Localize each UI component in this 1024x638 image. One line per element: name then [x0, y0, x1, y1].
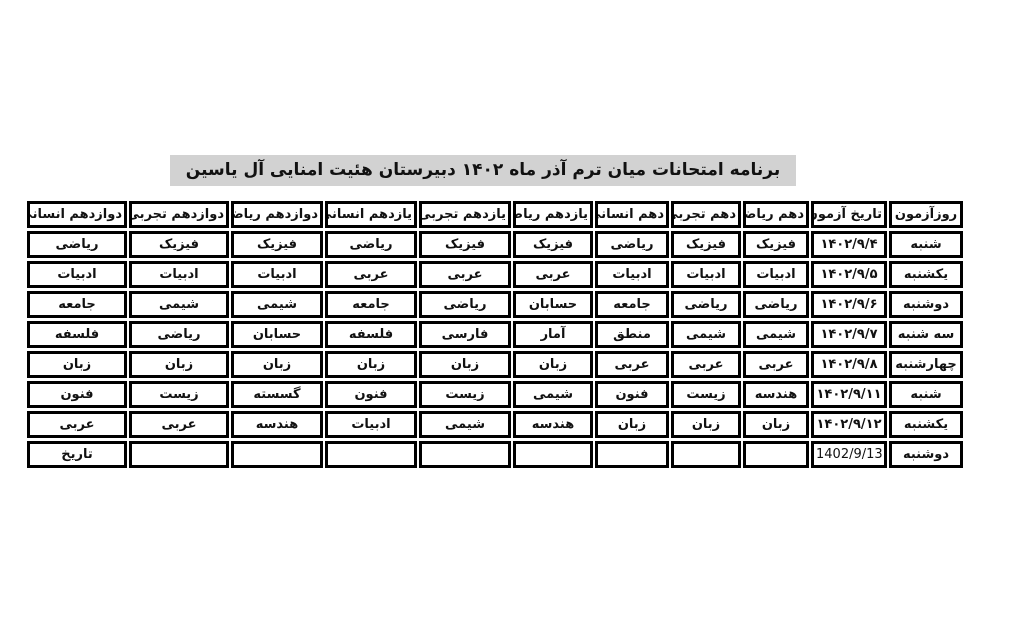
- day-cell: یکشنبه: [889, 411, 963, 438]
- table-row: دوشنبه1402/9/13تاریخ: [27, 441, 963, 468]
- day-cell: سه شنبه: [889, 321, 963, 348]
- subject-cell: فیزیک: [671, 231, 741, 258]
- table-row: دوشنبه۱۴۰۲/۹/۶ریاضیریاضیجامعهحسابانریاضی…: [27, 291, 963, 318]
- subject-cell: ریاضی: [27, 231, 127, 258]
- date-cell: ۱۴۰۲/۹/۱۱: [811, 381, 887, 408]
- subject-cell: شیمی: [231, 291, 323, 318]
- subject-cell: [231, 441, 323, 468]
- subject-cell: عربی: [743, 351, 809, 378]
- column-header-grade12-science: دوازدهم تجربی: [129, 201, 229, 228]
- schedule-document: برنامه امتحانات میان ترم آذر ماه ۱۴۰۲ دب…: [25, 155, 941, 471]
- table-body: شنبه۱۴۰۲/۹/۴فیزیکفیزیکریاضیفیزیکفیزیکریا…: [27, 231, 963, 468]
- subject-cell: عربی: [671, 351, 741, 378]
- subject-cell: زبان: [231, 351, 323, 378]
- subject-cell: زبان: [27, 351, 127, 378]
- day-cell: دوشنبه: [889, 441, 963, 468]
- subject-cell: فیزیک: [743, 231, 809, 258]
- subject-cell: شیمی: [743, 321, 809, 348]
- date-cell: ۱۴۰۲/۹/۸: [811, 351, 887, 378]
- subject-cell: ادبیات: [129, 261, 229, 288]
- column-header-grade10-math: دهم ریاضی: [743, 201, 809, 228]
- subject-cell: ادبیات: [325, 411, 417, 438]
- subject-cell: فیزیک: [129, 231, 229, 258]
- subject-cell: زبان: [419, 351, 511, 378]
- subject-cell: گسسته: [231, 381, 323, 408]
- subject-cell: زبان: [325, 351, 417, 378]
- subject-cell: هندسه: [513, 411, 593, 438]
- column-header-grade10-humanities: دهم انسانی: [595, 201, 669, 228]
- subject-cell: حسابان: [231, 321, 323, 348]
- subject-cell: [129, 441, 229, 468]
- header-row: روزآزمونتاریخ آزموندهم ریاضیدهم تجربیدهم…: [27, 201, 963, 228]
- subject-cell: هندسه: [231, 411, 323, 438]
- subject-cell: فلسفه: [27, 321, 127, 348]
- table-row: شنبه۱۴۰۲/۹/۴فیزیکفیزیکریاضیفیزیکفیزیکریا…: [27, 231, 963, 258]
- subject-cell: ریاضی: [595, 231, 669, 258]
- subject-cell: زیست: [419, 381, 511, 408]
- subject-cell: منطق: [595, 321, 669, 348]
- subject-cell: جامعه: [325, 291, 417, 318]
- subject-cell: جامعه: [27, 291, 127, 318]
- date-cell: 1402/9/13: [811, 441, 887, 468]
- subject-cell: فیزیک: [419, 231, 511, 258]
- subject-cell: ادبیات: [27, 261, 127, 288]
- subject-cell: زبان: [671, 411, 741, 438]
- subject-cell: ریاضی: [671, 291, 741, 318]
- column-header-exam-day: روزآزمون: [889, 201, 963, 228]
- subject-cell: عربی: [595, 351, 669, 378]
- subject-cell: [595, 441, 669, 468]
- subject-cell: [419, 441, 511, 468]
- day-cell: شنبه: [889, 231, 963, 258]
- schedule-title: برنامه امتحانات میان ترم آذر ماه ۱۴۰۲ دب…: [170, 155, 796, 186]
- subject-cell: ادبیات: [231, 261, 323, 288]
- table-row: شنبه۱۴۰۲/۹/۱۱هندسهزیستفنونشیمیزیستفنونگس…: [27, 381, 963, 408]
- subject-cell: [325, 441, 417, 468]
- column-header-grade11-math: یازدهم ریاضی: [513, 201, 593, 228]
- subject-cell: عربی: [129, 411, 229, 438]
- column-header-exam-date: تاریخ آزمون: [811, 201, 887, 228]
- subject-cell: عربی: [419, 261, 511, 288]
- subject-cell: [513, 441, 593, 468]
- subject-cell: شیمی: [129, 291, 229, 318]
- subject-cell: زبان: [743, 411, 809, 438]
- date-cell: ۱۴۰۲/۹/۶: [811, 291, 887, 318]
- subject-cell: ریاضی: [129, 321, 229, 348]
- column-header-grade10-science: دهم تجربی: [671, 201, 741, 228]
- column-header-grade11-science: یازدهم تجربی: [419, 201, 511, 228]
- exam-schedule-table: روزآزمونتاریخ آزموندهم ریاضیدهم تجربیدهم…: [25, 198, 965, 471]
- day-cell: چهارشنبه: [889, 351, 963, 378]
- subject-cell: جامعه: [595, 291, 669, 318]
- date-cell: ۱۴۰۲/۹/۱۲: [811, 411, 887, 438]
- day-cell: دوشنبه: [889, 291, 963, 318]
- page: برنامه امتحانات میان ترم آذر ماه ۱۴۰۲ دب…: [0, 0, 1024, 638]
- subject-cell: عربی: [27, 411, 127, 438]
- subject-cell: زبان: [129, 351, 229, 378]
- subject-cell: ادبیات: [595, 261, 669, 288]
- day-cell: شنبه: [889, 381, 963, 408]
- date-cell: ۱۴۰۲/۹/۴: [811, 231, 887, 258]
- subject-cell: زبان: [513, 351, 593, 378]
- table-header: روزآزمونتاریخ آزموندهم ریاضیدهم تجربیدهم…: [27, 201, 963, 228]
- subject-cell: شیمی: [513, 381, 593, 408]
- subject-cell: ریاضی: [325, 231, 417, 258]
- subject-cell: ریاضی: [743, 291, 809, 318]
- subject-cell: فنون: [325, 381, 417, 408]
- column-header-grade12-math: دوازدهم ریاضی: [231, 201, 323, 228]
- subject-cell: تاریخ: [27, 441, 127, 468]
- subject-cell: فنون: [27, 381, 127, 408]
- subject-cell: زبان: [595, 411, 669, 438]
- date-cell: ۱۴۰۲/۹/۷: [811, 321, 887, 348]
- subject-cell: ادبیات: [671, 261, 741, 288]
- table-row: یکشنبه۱۴۰۲/۹/۵ادبیاتادبیاتادبیاتعربیعربی…: [27, 261, 963, 288]
- subject-cell: فیزیک: [513, 231, 593, 258]
- subject-cell: فنون: [595, 381, 669, 408]
- subject-cell: [743, 441, 809, 468]
- subject-cell: شیمی: [671, 321, 741, 348]
- subject-cell: زیست: [129, 381, 229, 408]
- subject-cell: ادبیات: [743, 261, 809, 288]
- table-row: سه شنبه۱۴۰۲/۹/۷شیمیشیمیمنطقآمارفارسیفلسف…: [27, 321, 963, 348]
- subject-cell: فارسی: [419, 321, 511, 348]
- subject-cell: هندسه: [743, 381, 809, 408]
- subject-cell: عربی: [513, 261, 593, 288]
- subject-cell: عربی: [325, 261, 417, 288]
- subject-cell: فلسفه: [325, 321, 417, 348]
- subject-cell: ریاضی: [419, 291, 511, 318]
- subject-cell: آمار: [513, 321, 593, 348]
- table-row: یکشنبه۱۴۰۲/۹/۱۲زبانزبانزبانهندسهشیمیادبی…: [27, 411, 963, 438]
- column-header-grade12-humanities: دوازدهم انسانی: [27, 201, 127, 228]
- column-header-grade11-humanities: یازدهم انسانی: [325, 201, 417, 228]
- day-cell: یکشنبه: [889, 261, 963, 288]
- date-cell: ۱۴۰۲/۹/۵: [811, 261, 887, 288]
- subject-cell: حسابان: [513, 291, 593, 318]
- subject-cell: زیست: [671, 381, 741, 408]
- subject-cell: فیزیک: [231, 231, 323, 258]
- subject-cell: شیمی: [419, 411, 511, 438]
- table-row: چهارشنبه۱۴۰۲/۹/۸عربیعربیعربیزبانزبانزبان…: [27, 351, 963, 378]
- subject-cell: [671, 441, 741, 468]
